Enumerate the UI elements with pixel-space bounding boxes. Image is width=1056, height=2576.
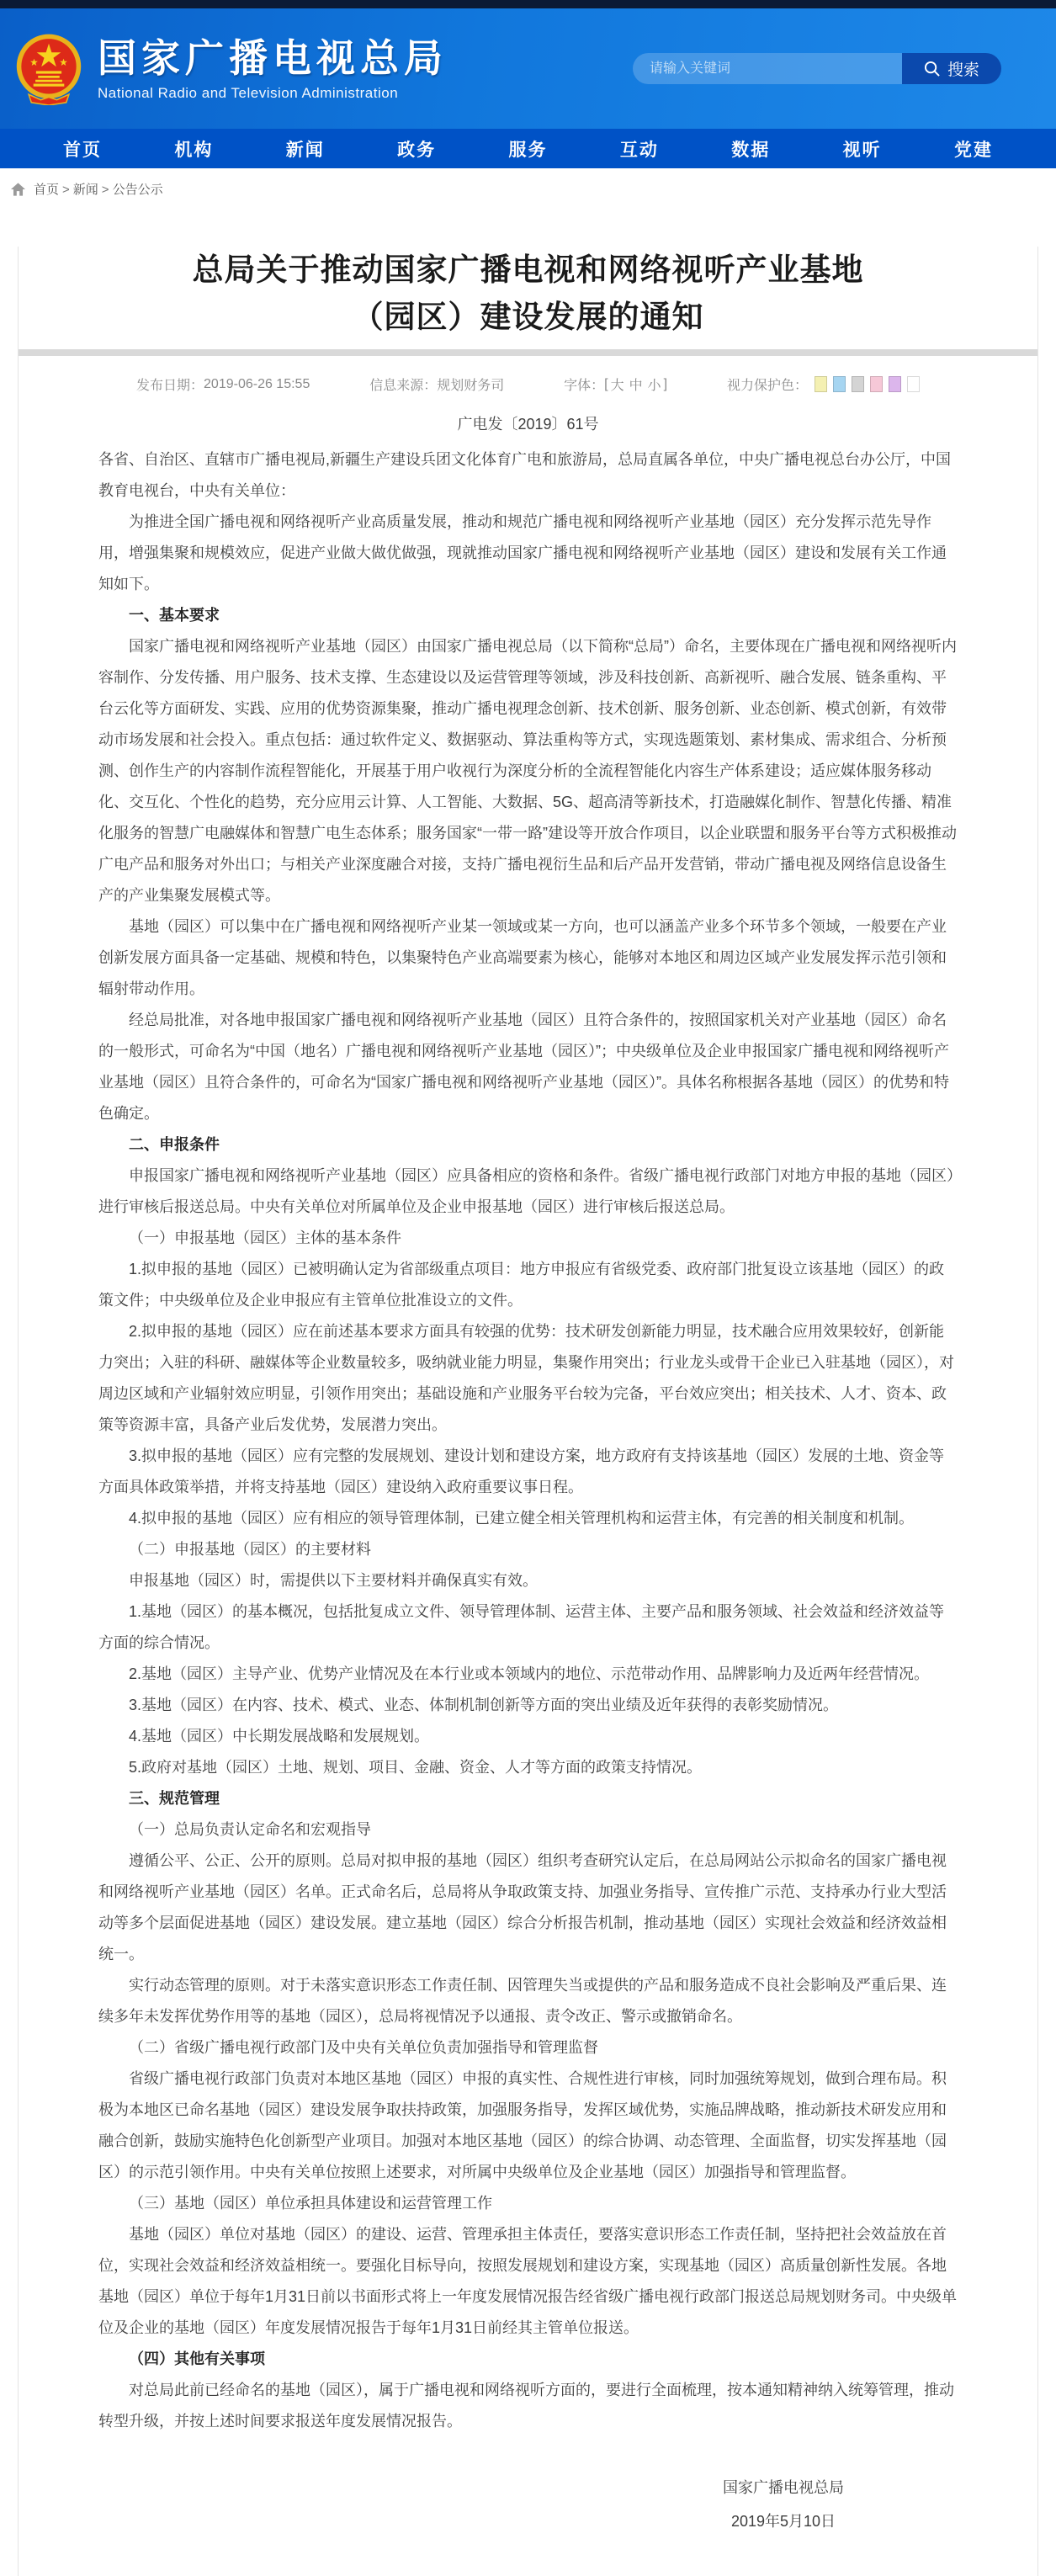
article-paragraph: 1.拟申报的基地（园区）已被明确认定为省部级重点项目：地方申报应有省级党委、政府… <box>98 1254 958 1316</box>
font-size-label: 字体： <box>564 374 604 394</box>
breadcrumb-item-1[interactable]: 新闻 <box>73 183 98 197</box>
publish-date: 发布日期： 2019-06-26 15:55 <box>136 374 310 394</box>
article-paragraph: 为推进全国广播电视和网络视听产业高质量发展，推动和规范广播电视和网络视听产业基地… <box>98 507 958 600</box>
page-title: 总局关于推动国家广播电视和网络视听产业基地 （园区）建设发展的通知 <box>19 247 1037 341</box>
article-paragraph: 2.基地（园区）主导产业、优势产业情况及在本行业或本领域内的地位、示范带动作用、… <box>98 1659 958 1690</box>
publish-date-value: 2019-06-26 15:55 <box>204 377 310 392</box>
publish-date-label: 发布日期： <box>136 374 204 394</box>
article-paragraph: 实行动态管理的原则。对于未落实意识形态工作责任制、因管理失当或提供的产品和服务造… <box>98 1970 958 2032</box>
breadcrumb-separator: > <box>102 183 109 197</box>
info-source-label: 信息来源： <box>369 374 437 394</box>
article-paragraph: 3.拟申报的基地（园区）应有完整的发展规划、建设计划和建设方案，地方政府有支持该… <box>98 1441 958 1503</box>
signature-date: 2019年5月10日 <box>723 2504 844 2538</box>
article-paragraph: 1.基地（园区）的基本概况，包括批复成立文件、领导管理体制、运营主体、主要产品和… <box>98 1596 958 1659</box>
info-source-value: 规划财务司 <box>437 374 504 394</box>
article-body: 广电发〔2019〕61号 各省、自治区、直辖市广播电视局,新疆生产建设兵团文化体… <box>19 409 1037 2538</box>
doc-number: 广电发〔2019〕61号 <box>98 409 958 440</box>
article-paragraph: 4.基地（园区）中长期发展战略和发展规划。 <box>98 1721 958 1752</box>
search-bar: 搜索 <box>633 53 1001 84</box>
page-title-line1: 总局关于推动国家广播电视和网络视听产业基地 <box>19 247 1037 294</box>
nav-item-4[interactable]: 服务 <box>509 136 548 162</box>
eye-protect-control: 视力保护色： <box>727 374 920 394</box>
breadcrumb-item-2[interactable]: 公告公示 <box>113 183 163 197</box>
site-title[interactable]: 国家广播电视总局 <box>98 36 448 80</box>
article-paragraph: 基地（园区）单位对基地（园区）的建设、运营、管理承担主体责任，要落实意识形态工作… <box>98 2219 958 2344</box>
sub-heading: （四）其他有关事项 <box>98 2344 958 2375</box>
sub-heading: （二）省级广播电视行政部门及中央有关单位负责加强指导和管理监督 <box>98 2032 958 2063</box>
nav-item-1[interactable]: 机构 <box>174 136 213 162</box>
font-size-option-0[interactable]: 大 <box>611 379 624 393</box>
main-nav: 首页机构新闻政务服务互动数据视听党建 <box>0 129 1056 168</box>
signature-block: 国家广播电视总局 2019年5月10日 <box>98 2471 958 2538</box>
search-input[interactable] <box>633 53 902 84</box>
site-header: 国家广播电视总局 National Radio and Television A… <box>0 8 1056 129</box>
eye-protect-swatch-5[interactable] <box>907 376 920 392</box>
site-title-block[interactable]: 国家广播电视总局 National Radio and Television A… <box>98 36 448 102</box>
article-paragraph: 国家广播电视和网络视听产业基地（园区）由国家广播电视总局（以下简称“总局”）命名… <box>98 631 958 911</box>
top-stripe <box>0 0 1056 8</box>
eye-protect-swatch-3[interactable] <box>870 376 883 392</box>
section-heading: 三、规范管理 <box>98 1783 958 1814</box>
article-paragraph: 3.基地（园区）在内容、技术、模式、业态、体制机制创新等方面的突出业绩及近年获得… <box>98 1690 958 1721</box>
sub-heading: （二）申报基地（园区）的主要材料 <box>98 1534 958 1565</box>
national-emblem-icon <box>15 33 82 105</box>
eye-protect-swatch-2[interactable] <box>852 376 864 392</box>
breadcrumb-item-0[interactable]: 首页 <box>34 183 59 197</box>
title-divider <box>19 349 1037 356</box>
article-paragraph: 2.拟申报的基地（园区）应在前述基本要求方面具有较强的优势：技术研发创新能力明显… <box>98 1316 958 1441</box>
home-icon[interactable] <box>11 183 25 196</box>
font-options: 大中小 <box>608 374 664 394</box>
article-paragraph: 经总局批准，对各地申报国家广播电视和网络视听产业基地（园区）且符合条件的，按照国… <box>98 1005 958 1129</box>
article-paragraph: 省级广播电视行政部门负责对本地区基地（园区）申报的真实性、合规性进行审核，同时加… <box>98 2063 958 2188</box>
section-heading: 二、申报条件 <box>98 1129 958 1161</box>
eye-protect-swatch-4[interactable] <box>889 376 901 392</box>
article-paragraphs: 各省、自治区、直辖市广播电视局,新疆生产建设兵团文化体育广电和旅游局，总局直属各… <box>98 444 958 2437</box>
nav-item-7[interactable]: 视听 <box>843 136 882 162</box>
article-paragraph: 对总局此前已经命名的基地（园区），属于广播电视和网络视听方面的，要进行全面梳理，… <box>98 2375 958 2437</box>
section-heading: 一、基本要求 <box>98 600 958 631</box>
nav-item-3[interactable]: 政务 <box>397 136 436 162</box>
signature-org: 国家广播电视总局 <box>723 2471 844 2504</box>
content-container: 总局关于推动国家广播电视和网络视听产业基地 （园区）建设发展的通知 发布日期： … <box>18 247 1038 2576</box>
breadcrumb-items: 首页>新闻>公告公示 <box>30 180 167 198</box>
nav-item-2[interactable]: 新闻 <box>286 136 325 162</box>
info-source: 信息来源： 规划财务司 <box>369 374 504 394</box>
page-title-line2: （园区）建设发展的通知 <box>19 294 1037 341</box>
search-icon <box>924 61 940 77</box>
search-button[interactable]: 搜索 <box>902 53 1001 84</box>
sub-heading: （三）基地（园区）单位承担具体建设和运营管理工作 <box>98 2188 958 2219</box>
eye-protect-swatch-0[interactable] <box>815 376 827 392</box>
nav-item-5[interactable]: 互动 <box>620 136 659 162</box>
nav-item-8[interactable]: 党建 <box>954 136 993 162</box>
search-button-label: 搜索 <box>947 57 979 80</box>
font-bracket-close: ] <box>664 377 667 392</box>
font-size-option-1[interactable]: 中 <box>629 379 643 393</box>
article-paragraph: 4.拟申报的基地（园区）应有相应的领导管理体制，已建立健全相关管理机构和运营主体… <box>98 1503 958 1534</box>
eye-protect-swatches <box>815 376 920 392</box>
article-paragraph: 申报基地（园区）时，需提供以下主要材料并确保真实有效。 <box>98 1565 958 1596</box>
font-size-option-2[interactable]: 小 <box>648 379 661 393</box>
article-paragraph: 5.政府对基地（园区）土地、规划、项目、金融、资金、人才等方面的政策支持情况。 <box>98 1752 958 1783</box>
nav-item-0[interactable]: 首页 <box>63 136 102 162</box>
article-paragraph: 申报国家广播电视和网络视听产业基地（园区）应具备相应的资格和条件。省级广播电视行… <box>98 1161 958 1223</box>
eye-protect-label: 视力保护色： <box>727 374 808 394</box>
article-paragraph: 各省、自治区、直辖市广播电视局,新疆生产建设兵团文化体育广电和旅游局，总局直属各… <box>98 444 958 507</box>
nav-item-6[interactable]: 数据 <box>731 136 770 162</box>
article-paragraph: 基地（园区）可以集中在广播电视和网络视听产业某一领域或某一方向，也可以涵盖产业多… <box>98 911 958 1005</box>
article-meta-row: 发布日期： 2019-06-26 15:55 信息来源： 规划财务司 字体： [… <box>19 374 1037 394</box>
eye-protect-swatch-1[interactable] <box>833 376 846 392</box>
sub-heading: （一）申报基地（园区）主体的基本条件 <box>98 1223 958 1254</box>
font-size-control: 字体： [ 大中小 ] <box>564 374 667 394</box>
breadcrumb: 首页>新闻>公告公示 <box>0 168 1056 210</box>
sub-heading: （一）总局负责认定命名和宏观指导 <box>98 1814 958 1846</box>
breadcrumb-separator: > <box>62 183 70 197</box>
site-subtitle: National Radio and Television Administra… <box>98 85 448 102</box>
article-paragraph: 遵循公平、公正、公开的原则。总局对拟申报的基地（园区）组织考查研究认定后，在总局… <box>98 1846 958 1970</box>
